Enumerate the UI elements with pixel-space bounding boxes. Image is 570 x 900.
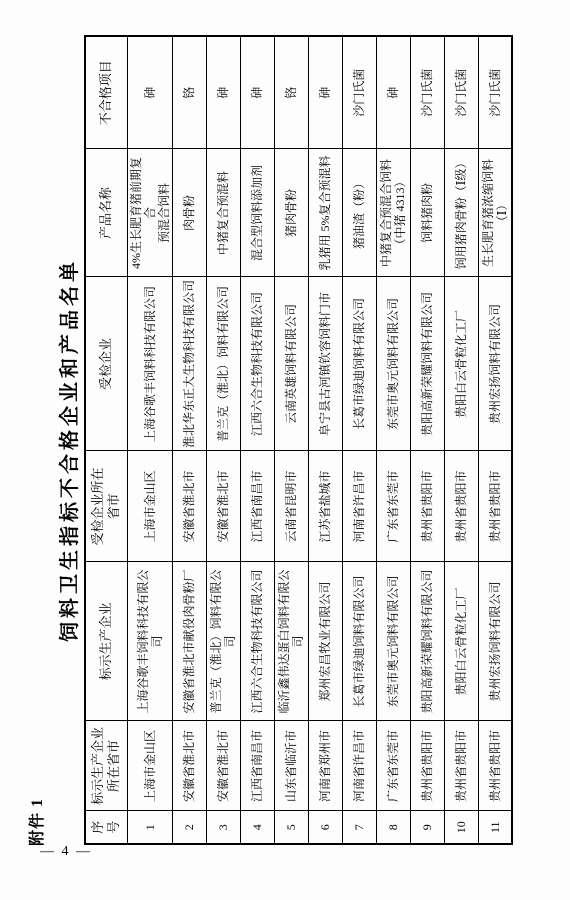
cell-producer-province: 贵州省贵阳市 xyxy=(444,721,478,811)
table-row: 1 上海市金山区 上海谷歌丰饲料科技有限公司 上海市金山区 上海谷歌丰饲料科技有… xyxy=(127,36,172,844)
cell-product-name: 饲料猪肉粉 xyxy=(410,149,444,277)
cell-producer-name: 江西六合生物科技有限公司 xyxy=(240,562,274,721)
cell-failed-item: 铬 xyxy=(274,36,308,149)
cell-inspected-name: 贵阳高新荣耀饲料有限公司 xyxy=(410,277,444,451)
page-number: — 4 — xyxy=(40,844,92,860)
cell-product-name: 中猪复合预混料 xyxy=(206,149,240,277)
cell-row-number: 2 xyxy=(172,811,206,844)
cell-inspected-province: 安徽省淮北市 xyxy=(206,451,240,562)
cell-inspected-province: 贵州省贵阳市 xyxy=(410,451,444,562)
cell-product-name: 猪肉骨粉 xyxy=(274,149,308,277)
cell-failed-item: 沙门氏菌 xyxy=(342,36,376,149)
cell-inspected-name: 普兰克（淮北）饲料有限公司 xyxy=(206,277,240,451)
table-header: 序 号 标示生产企业 所在省市 标示生产企业 受检企业所在 省市 受检企业 产品… xyxy=(85,36,127,844)
cell-row-number: 8 xyxy=(376,811,410,844)
rotated-landscape-content: 附件 1 饲料卫生指标不合格企业和产品名单 序 号 标示生产企业 所在省市 标示… xyxy=(0,0,570,900)
table-row: 2 安徽省淮北市 安徽省淮北市献役肉骨粉厂 安徽省淮北市 淮北华东正大生物科技有… xyxy=(172,36,206,844)
cell-inspected-province: 安徽省淮北市 xyxy=(172,451,206,562)
table-body: 1 上海市金山区 上海谷歌丰饲料科技有限公司 上海市金山区 上海谷歌丰饲料科技有… xyxy=(127,36,512,844)
cell-producer-province: 河南省郑州市 xyxy=(308,721,342,811)
col-header-producer-name: 标示生产企业 xyxy=(85,562,127,721)
cell-row-number: 1 xyxy=(127,811,172,844)
cell-failed-item: 砷 xyxy=(376,36,410,149)
cell-product-name: 肉骨粉 xyxy=(172,149,206,277)
cell-inspected-name: 淮北华东正大生物科技有限公司 xyxy=(172,277,206,451)
noncompliant-feed-table: 序 号 标示生产企业 所在省市 标示生产企业 受检企业所在 省市 受检企业 产品… xyxy=(84,35,513,845)
cell-failed-item: 砷 xyxy=(127,36,172,149)
table-row: 7 河南省许昌市 长葛市绿迪饲料有限公司 河南省许昌市 长葛市绿迪饲料有限公司 … xyxy=(342,36,376,844)
cell-producer-name: 长葛市绿迪饲料有限公司 xyxy=(342,562,376,721)
cell-producer-province: 江西省南昌市 xyxy=(240,721,274,811)
table-row: 9 贵州省贵阳市 贵阳高新荣耀饲料有限公司 贵州省贵阳市 贵阳高新荣耀饲料有限公… xyxy=(410,36,444,844)
cell-row-number: 4 xyxy=(240,811,274,844)
cell-inspected-name: 长葛市绿迪饲料有限公司 xyxy=(342,277,376,451)
cell-product-name: 中猪复合预混合饲料 （中猪 4313） xyxy=(376,149,410,277)
cell-row-number: 10 xyxy=(444,811,478,844)
cell-producer-name: 东莞市奥元饲料有限公司 xyxy=(376,562,410,721)
cell-producer-name: 贵州宏扬饲料有限公司 xyxy=(478,562,512,721)
table-row: 8 广东省东莞市 东莞市奥元饲料有限公司 广东省东莞市 东莞市奥元饲料有限公司 … xyxy=(376,36,410,844)
col-header-failed-item: 不合格项目 xyxy=(85,36,127,149)
cell-producer-name: 郑州宏昌牧业有限公司 xyxy=(308,562,342,721)
cell-producer-province: 上海市金山区 xyxy=(127,721,172,811)
table-row: 11 贵州省贵阳市 贵州宏扬饲料有限公司 贵州省贵阳市 贵州宏扬饲料有限公司 生… xyxy=(478,36,512,844)
cell-producer-name: 贵阳白云骨粒化工厂 xyxy=(444,562,478,721)
cell-product-name: 生长肥育猪浓缩饲料 （Ⅰ） xyxy=(478,149,512,277)
cell-producer-name: 安徽省淮北市献役肉骨粉厂 xyxy=(172,562,206,721)
cell-row-number: 6 xyxy=(308,811,342,844)
cell-row-number: 7 xyxy=(342,811,376,844)
cell-failed-item: 沙门氏菌 xyxy=(410,36,444,149)
attachment-label: 附件 1 xyxy=(24,798,47,846)
cell-producer-name: 临沂鑫伟达蛋白饲料有限公司 xyxy=(274,562,308,721)
cell-product-name: 猪油渣（粉） xyxy=(342,149,376,277)
cell-inspected-province: 河南省许昌市 xyxy=(342,451,376,562)
cell-inspected-province: 上海市金山区 xyxy=(127,451,172,562)
cell-row-number: 9 xyxy=(410,811,444,844)
cell-failed-item: 砷 xyxy=(308,36,342,149)
cell-inspected-province: 云南省昆明市 xyxy=(274,451,308,562)
cell-row-number: 3 xyxy=(206,811,240,844)
cell-producer-province: 贵州省贵阳市 xyxy=(478,721,512,811)
cell-failed-item: 砷 xyxy=(206,36,240,149)
table-row: 10 贵州省贵阳市 贵阳白云骨粒化工厂 贵州省贵阳市 贵阳白云骨粒化工厂 饲用猪… xyxy=(444,36,478,844)
cell-producer-province: 安徽省淮北市 xyxy=(206,721,240,811)
cell-inspected-name: 贵阳白云骨粒化工厂 xyxy=(444,277,478,451)
cell-product-name: 混合型饲料添加剂 xyxy=(240,149,274,277)
cell-failed-item: 铬 xyxy=(172,36,206,149)
cell-inspected-name: 贵州宏扬饲料有限公司 xyxy=(478,277,512,451)
cell-producer-province: 贵州省贵阳市 xyxy=(410,721,444,811)
table-row: 3 安徽省淮北市 普兰克（淮北）饲料有限公司 安徽省淮北市 普兰克（淮北）饲料有… xyxy=(206,36,240,844)
cell-inspected-name: 东莞市奥元饲料有限公司 xyxy=(376,277,410,451)
cell-failed-item: 沙门氏菌 xyxy=(478,36,512,149)
cell-producer-name: 普兰克（淮北）饲料有限公司 xyxy=(206,562,240,721)
cell-inspected-province: 江西省南昌市 xyxy=(240,451,274,562)
col-header-inspected-name: 受检企业 xyxy=(85,277,127,451)
table-row: 4 江西省南昌市 江西六合生物科技有限公司 江西省南昌市 江西六合生物科技有限公… xyxy=(240,36,274,844)
cell-failed-item: 沙门氏菌 xyxy=(444,36,478,149)
cell-inspected-name: 江西六合生物科技有限公司 xyxy=(240,277,274,451)
cell-inspected-province: 广东省东莞市 xyxy=(376,451,410,562)
cell-inspected-name: 上海谷歌丰饲料科技有限公司 xyxy=(127,277,172,451)
cell-row-number: 11 xyxy=(478,811,512,844)
cell-producer-name: 贵阳高新荣耀饲料有限公司 xyxy=(410,562,444,721)
cell-inspected-province: 江苏省盐城市 xyxy=(308,451,342,562)
col-header-inspected-province: 受检企业所在 省市 xyxy=(85,451,127,562)
cell-inspected-province: 贵州省贵阳市 xyxy=(478,451,512,562)
cell-inspected-province: 贵州省贵阳市 xyxy=(444,451,478,562)
header-row: 序 号 标示生产企业 所在省市 标示生产企业 受检企业所在 省市 受检企业 产品… xyxy=(85,36,127,844)
table-row: 5 山东省临沂市 临沂鑫伟达蛋白饲料有限公司 云南省昆明市 云南英雄饲料有限公司… xyxy=(274,36,308,844)
table-row: 6 河南省郑州市 郑州宏昌牧业有限公司 江苏省盐城市 阜宁县古河镇钦容饲料门市 … xyxy=(308,36,342,844)
document-title: 饲料卫生指标不合格企业和产品名单 xyxy=(53,0,82,900)
cell-producer-province: 安徽省淮北市 xyxy=(172,721,206,811)
cell-row-number: 5 xyxy=(274,811,308,844)
cell-inspected-name: 云南英雄饲料有限公司 xyxy=(274,277,308,451)
cell-producer-province: 广东省东莞市 xyxy=(376,721,410,811)
cell-producer-province: 河南省许昌市 xyxy=(342,721,376,811)
cell-producer-name: 上海谷歌丰饲料科技有限公司 xyxy=(127,562,172,721)
cell-inspected-name: 阜宁县古河镇钦容饲料门市 xyxy=(308,277,342,451)
document-page: { "page": { "attachment_label": "附件 1", … xyxy=(0,0,570,900)
cell-failed-item: 砷 xyxy=(240,36,274,149)
col-header-row-number: 序 号 xyxy=(85,811,127,844)
cell-producer-province: 山东省临沂市 xyxy=(274,721,308,811)
cell-product-name: 乳猪用 5%复合预混料 xyxy=(308,149,342,277)
col-header-product-name: 产品名称 xyxy=(85,149,127,277)
cell-product-name: 4%生长肥育猪前期复合 预混合饲料 xyxy=(127,149,172,277)
col-header-producer-province: 标示生产企业 所在省市 xyxy=(85,721,127,811)
cell-product-name: 饲用猪肉骨粉（Ⅰ级） xyxy=(444,149,478,277)
